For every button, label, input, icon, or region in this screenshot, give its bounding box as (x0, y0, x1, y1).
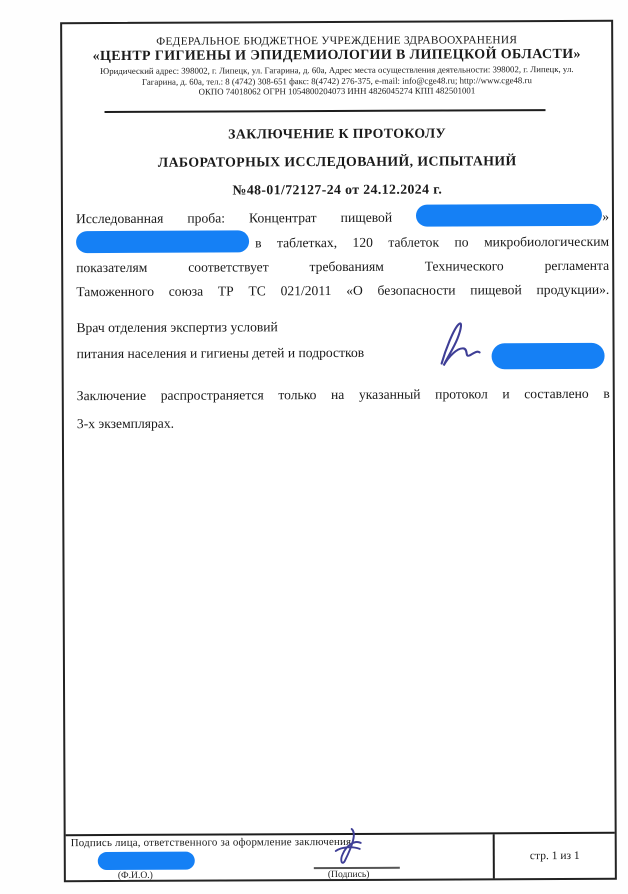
redaction-bar-fio (98, 852, 195, 870)
protocol-number-and-date: №48-01/72127-24 от 24.12.2024 г. (63, 181, 612, 199)
closing-line2: 3-х экземплярах. (77, 408, 610, 438)
document-title-line1: ЗАКЛЮЧЕНИЕ К ПРОТОКОЛУ (63, 125, 612, 143)
closing-line1: Заключение распространяется только на ук… (77, 380, 610, 410)
conclusion-line1-suffix: » (602, 209, 609, 224)
scanned-page: ФЕДЕРАЛЬНОЕ БЮДЖЕТНОЕ УЧРЕЖДЕНИЕ ЗДРАВОО… (0, 0, 628, 894)
fio-caption: (Ф.И.О.) (118, 870, 153, 881)
org-name: «ЦЕНТР ГИГИЕНЫ И ЭПИДЕМИОЛОГИИ В ЛИПЕЦКО… (62, 47, 611, 65)
footer-left-cell: Подпись лица, ответственного за оформлен… (66, 834, 493, 880)
document-title-line2: ЛАБОРАТОРНЫХ ИССЛЕДОВАНИЙ, ИСПЫТАНИЙ (63, 153, 612, 171)
signature-caption: (Подпись) (328, 869, 370, 880)
conclusion-line3: показателям соответствует требованиям Те… (76, 254, 609, 280)
org-type-line: ФЕДЕРАЛЬНОЕ БЮДЖЕТНОЕ УЧРЕЖДЕНИЕ ЗДРАВОО… (62, 34, 611, 48)
conclusion-paragraph: Исследованная проба: Концентрат пищевой … (76, 204, 609, 304)
redaction-bar-sample-name (416, 204, 602, 227)
footer-signature-table: Подпись лица, ответственного за оформлен… (66, 832, 615, 880)
header-divider (105, 109, 546, 113)
footer-responsible-label: Подпись лица, ответственного за оформлен… (71, 836, 352, 849)
org-registry-line: ОКПО 74018062 ОГРН 1054800204073 ИНН 482… (76, 85, 597, 98)
conclusion-line2: в таблетках, 120 таблеток по микробиолог… (76, 229, 609, 256)
redaction-bar-sample-name2 (76, 230, 249, 253)
handwritten-signature-icon (429, 317, 485, 369)
document-border-frame: ФЕДЕРАЛЬНОЕ БЮДЖЕТНОЕ УЧРЕЖДЕНИЕ ЗДРАВОО… (60, 20, 617, 882)
closing-paragraph: Заключение распространяется только на ук… (77, 380, 610, 438)
conclusion-line2-text: в таблетках, 120 таблеток по микробиолог… (255, 234, 609, 251)
page-indicator: стр. 1 из 1 (530, 850, 580, 862)
redaction-group: » (416, 209, 609, 225)
redaction-bar-signer-name (492, 343, 605, 369)
conclusion-line1: Исследованная проба: Концентрат пищевой … (76, 204, 609, 231)
page-indicator-cell: стр. 1 из 1 (493, 834, 615, 879)
conclusion-line1-text: Исследованная проба: Концентрат пищевой (76, 210, 392, 226)
conclusion-line4: Таможенного союза ТР ТС 021/2011 «О безо… (76, 278, 609, 304)
footer-signature-icon (322, 823, 374, 867)
signer-role-line1: Врач отделения экспертиз условий (76, 313, 609, 341)
